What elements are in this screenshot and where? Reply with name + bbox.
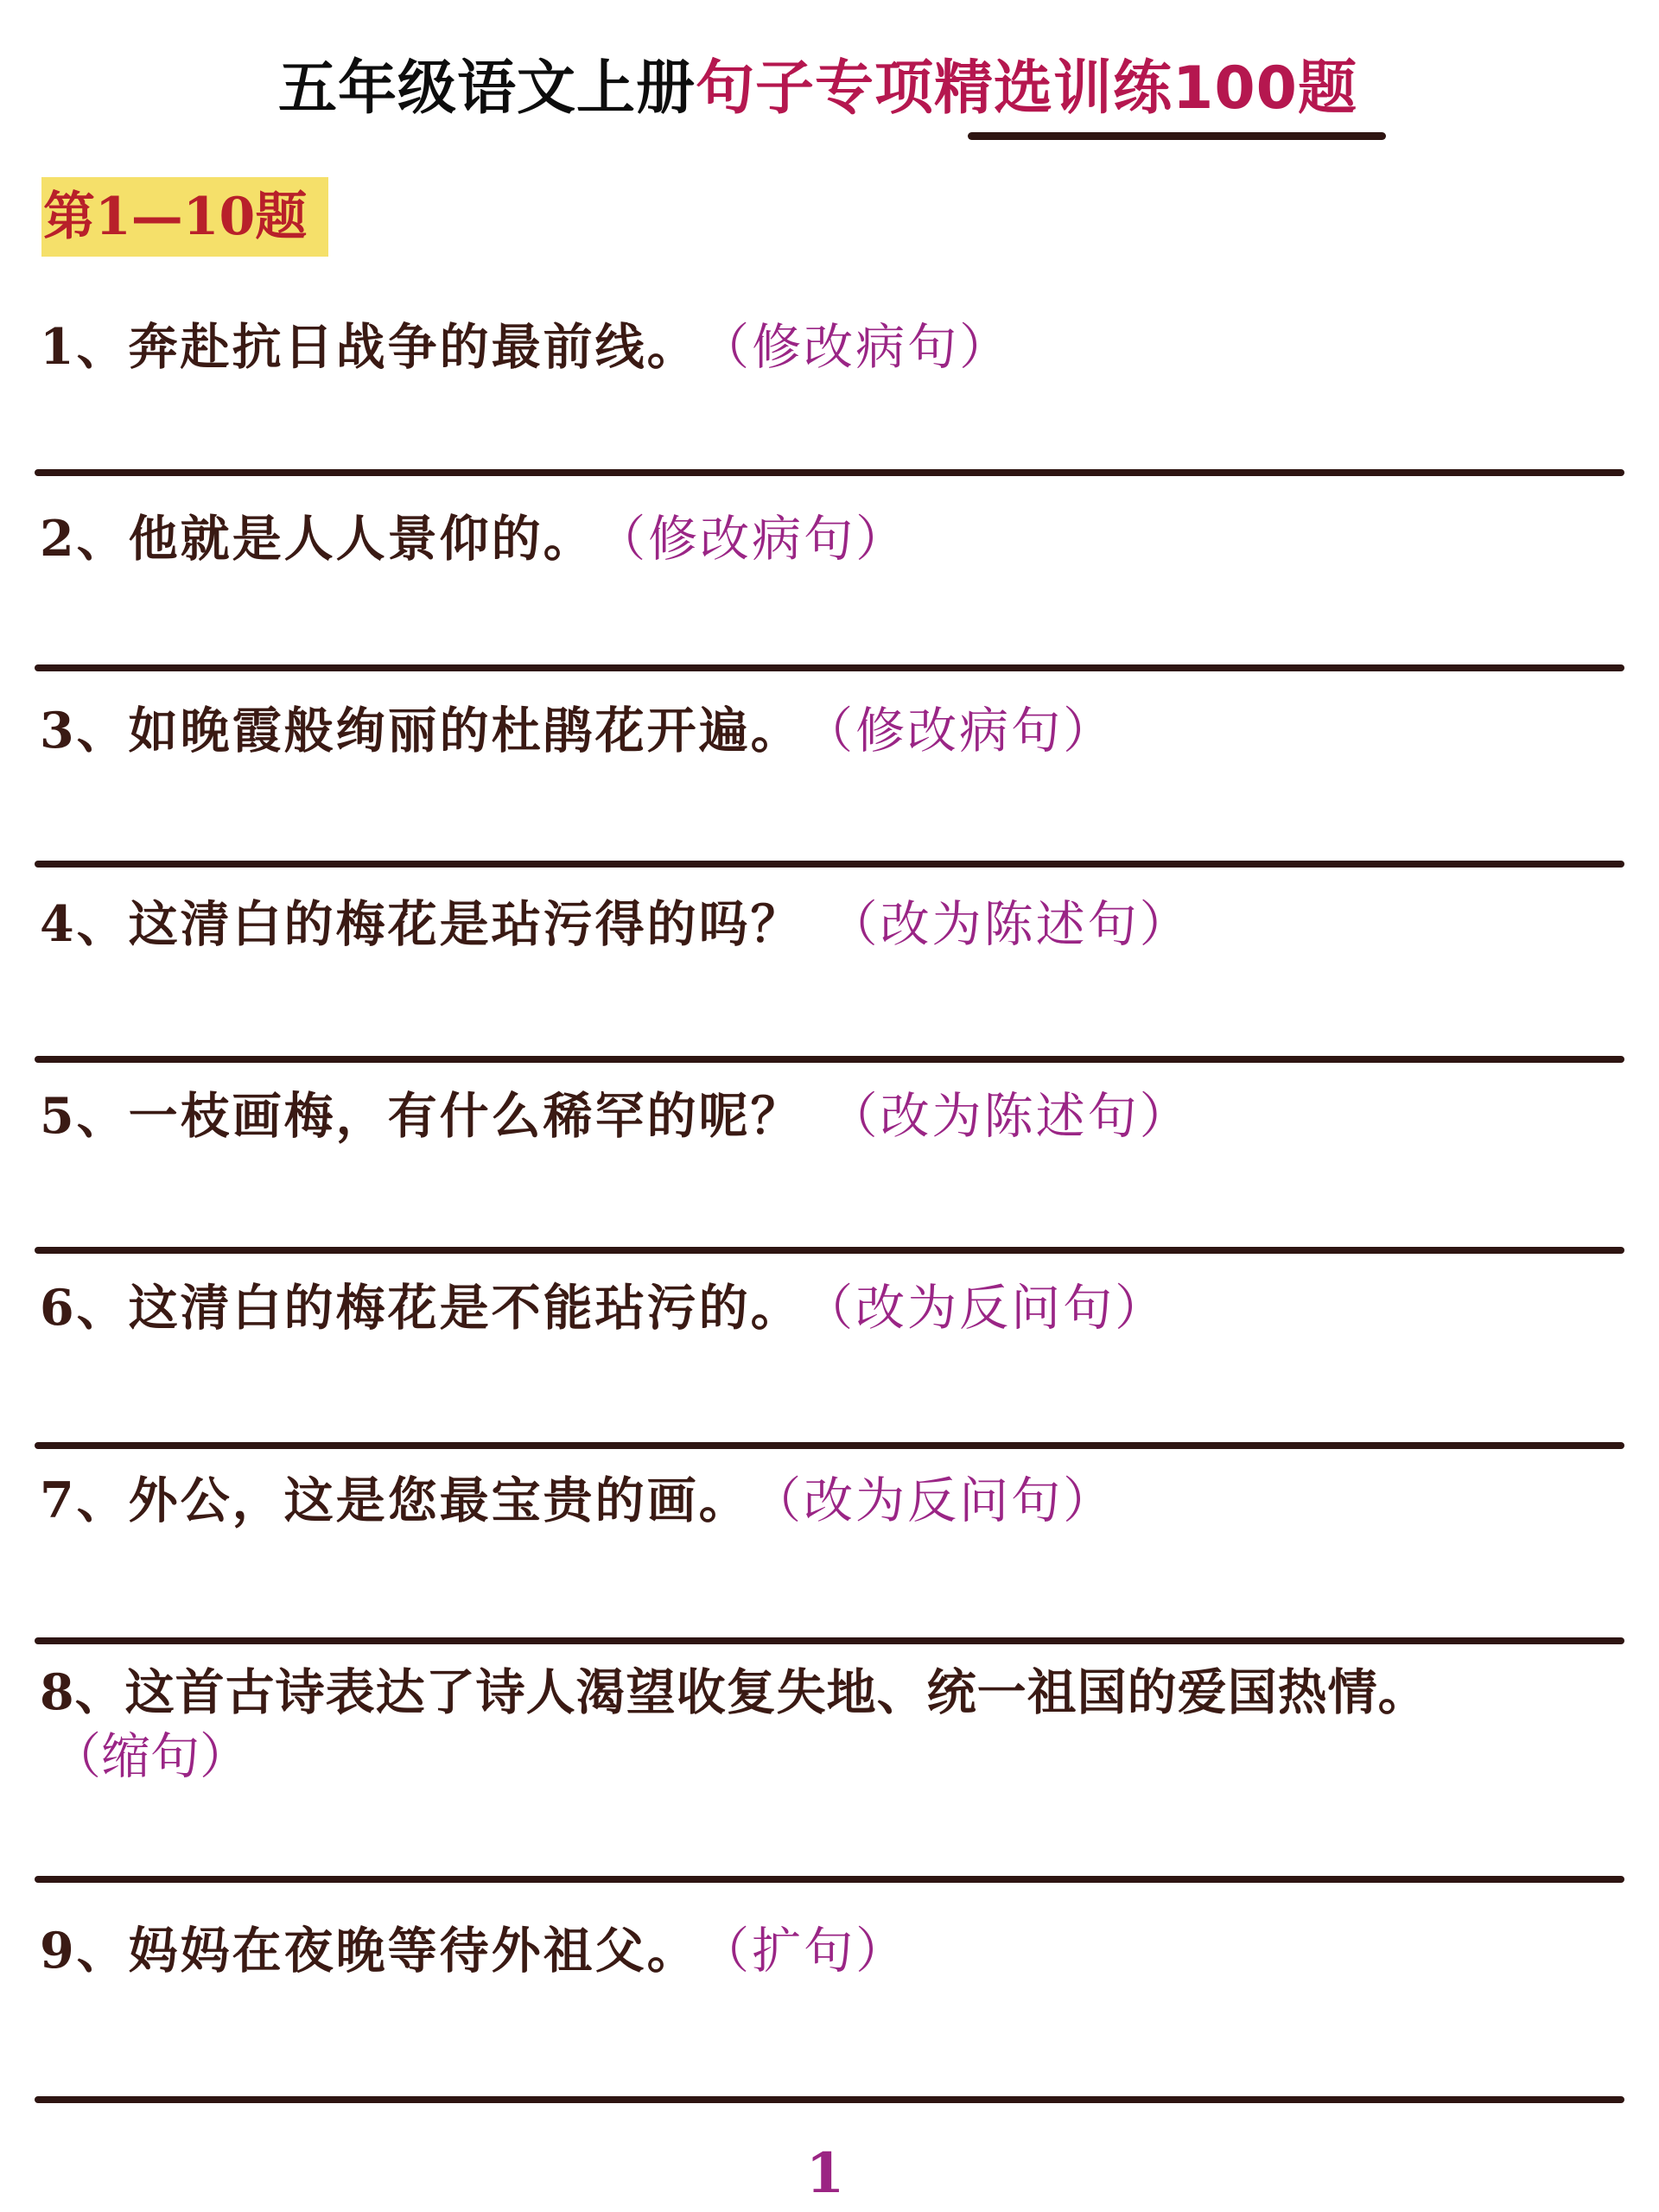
question-7: 7、外公，这是您最宝贵的画。（改为反问句） [40,1468,1115,1534]
answer-line-8[interactable] [35,1876,1624,1883]
question-text: 外公，这是您最宝贵的画。 [129,1471,751,1529]
question-number: 5、 [40,1087,129,1145]
question-4: 4、这清白的梅花是玷污得的吗？（改为陈述句） [40,892,1192,957]
question-number: 8、 [40,1663,125,1721]
question-instruction: （改为陈述句） [829,896,1192,953]
question-8: 8、这首古诗表达了诗人渴望收复失地、统一祖国的爱国热情。 [40,1660,1428,1726]
question-number: 1、 [40,318,129,376]
question-number: 9、 [40,1922,129,1980]
question-text: 奔赴抗日战争的最前线。 [129,318,699,376]
question-text: 妈妈在夜晚等待外祖父。 [129,1922,699,1980]
answer-line-9[interactable] [35,2096,1624,2103]
question-6: 6、这清白的梅花是不能玷污的。（改为反问句） [40,1275,1166,1341]
page-title: 五年级语文上册句子专项精选训练100题 [278,50,1357,128]
question-instruction: （修改病句） [621,511,908,568]
answer-line-4[interactable] [35,1056,1624,1063]
question-number: 6、 [40,1279,129,1337]
answer-line-5[interactable] [35,1247,1624,1254]
question-number: 4、 [40,895,129,953]
section-badge: 第1—10题 [43,179,307,255]
question-text: 如晚霞般绚丽的杜鹃花开遍。 [129,702,803,760]
answer-line-1[interactable] [35,469,1624,476]
question-instruction: （扩句） [725,1923,908,1980]
answer-line-6[interactable] [35,1442,1624,1449]
question-text: 这首古诗表达了诗人渴望收复失地、统一祖国的爱国热情。 [125,1663,1428,1721]
question-number: 2、 [40,510,129,568]
question-instruction: （改为反问句） [829,1280,1167,1337]
question-8-instruction: （缩句） [52,1724,249,1789]
question-instruction: （修改病句） [829,702,1116,760]
title-grade: 五年级语文上册 [278,54,696,123]
title-topic: 句子专项精选训练100题 [696,54,1357,123]
question-text: 这清白的梅花是不能玷污的。 [129,1279,803,1337]
question-number: 3、 [40,702,129,760]
question-3: 3、如晚霞般绚丽的杜鹃花开遍。（修改病句） [40,698,1115,764]
answer-line-7[interactable] [35,1637,1624,1644]
question-number: 7、 [40,1471,129,1529]
question-5: 5、一枝画梅，有什么稀罕的呢？（改为陈述句） [40,1084,1192,1149]
question-text: 一枝画梅，有什么稀罕的呢？ [129,1087,803,1145]
question-text: 这清白的梅花是玷污得的吗？ [129,895,803,953]
title-underline [968,132,1386,140]
question-9: 9、妈妈在夜晚等待外祖父。（扩句） [40,1918,907,1984]
question-2: 2、他就是人人景仰的。（修改病句） [40,506,907,572]
page-number: 1 [795,2141,855,2207]
answer-line-3[interactable] [35,861,1624,868]
question-1: 1、奔赴抗日战争的最前线。（修改病句） [40,315,1011,380]
question-text: 他就是人人景仰的。 [129,510,595,568]
question-instruction: （改为陈述句） [829,1088,1192,1145]
question-instruction: （修改病句） [725,319,1012,376]
question-instruction: （改为反问句） [777,1472,1116,1529]
answer-line-2[interactable] [35,664,1624,671]
